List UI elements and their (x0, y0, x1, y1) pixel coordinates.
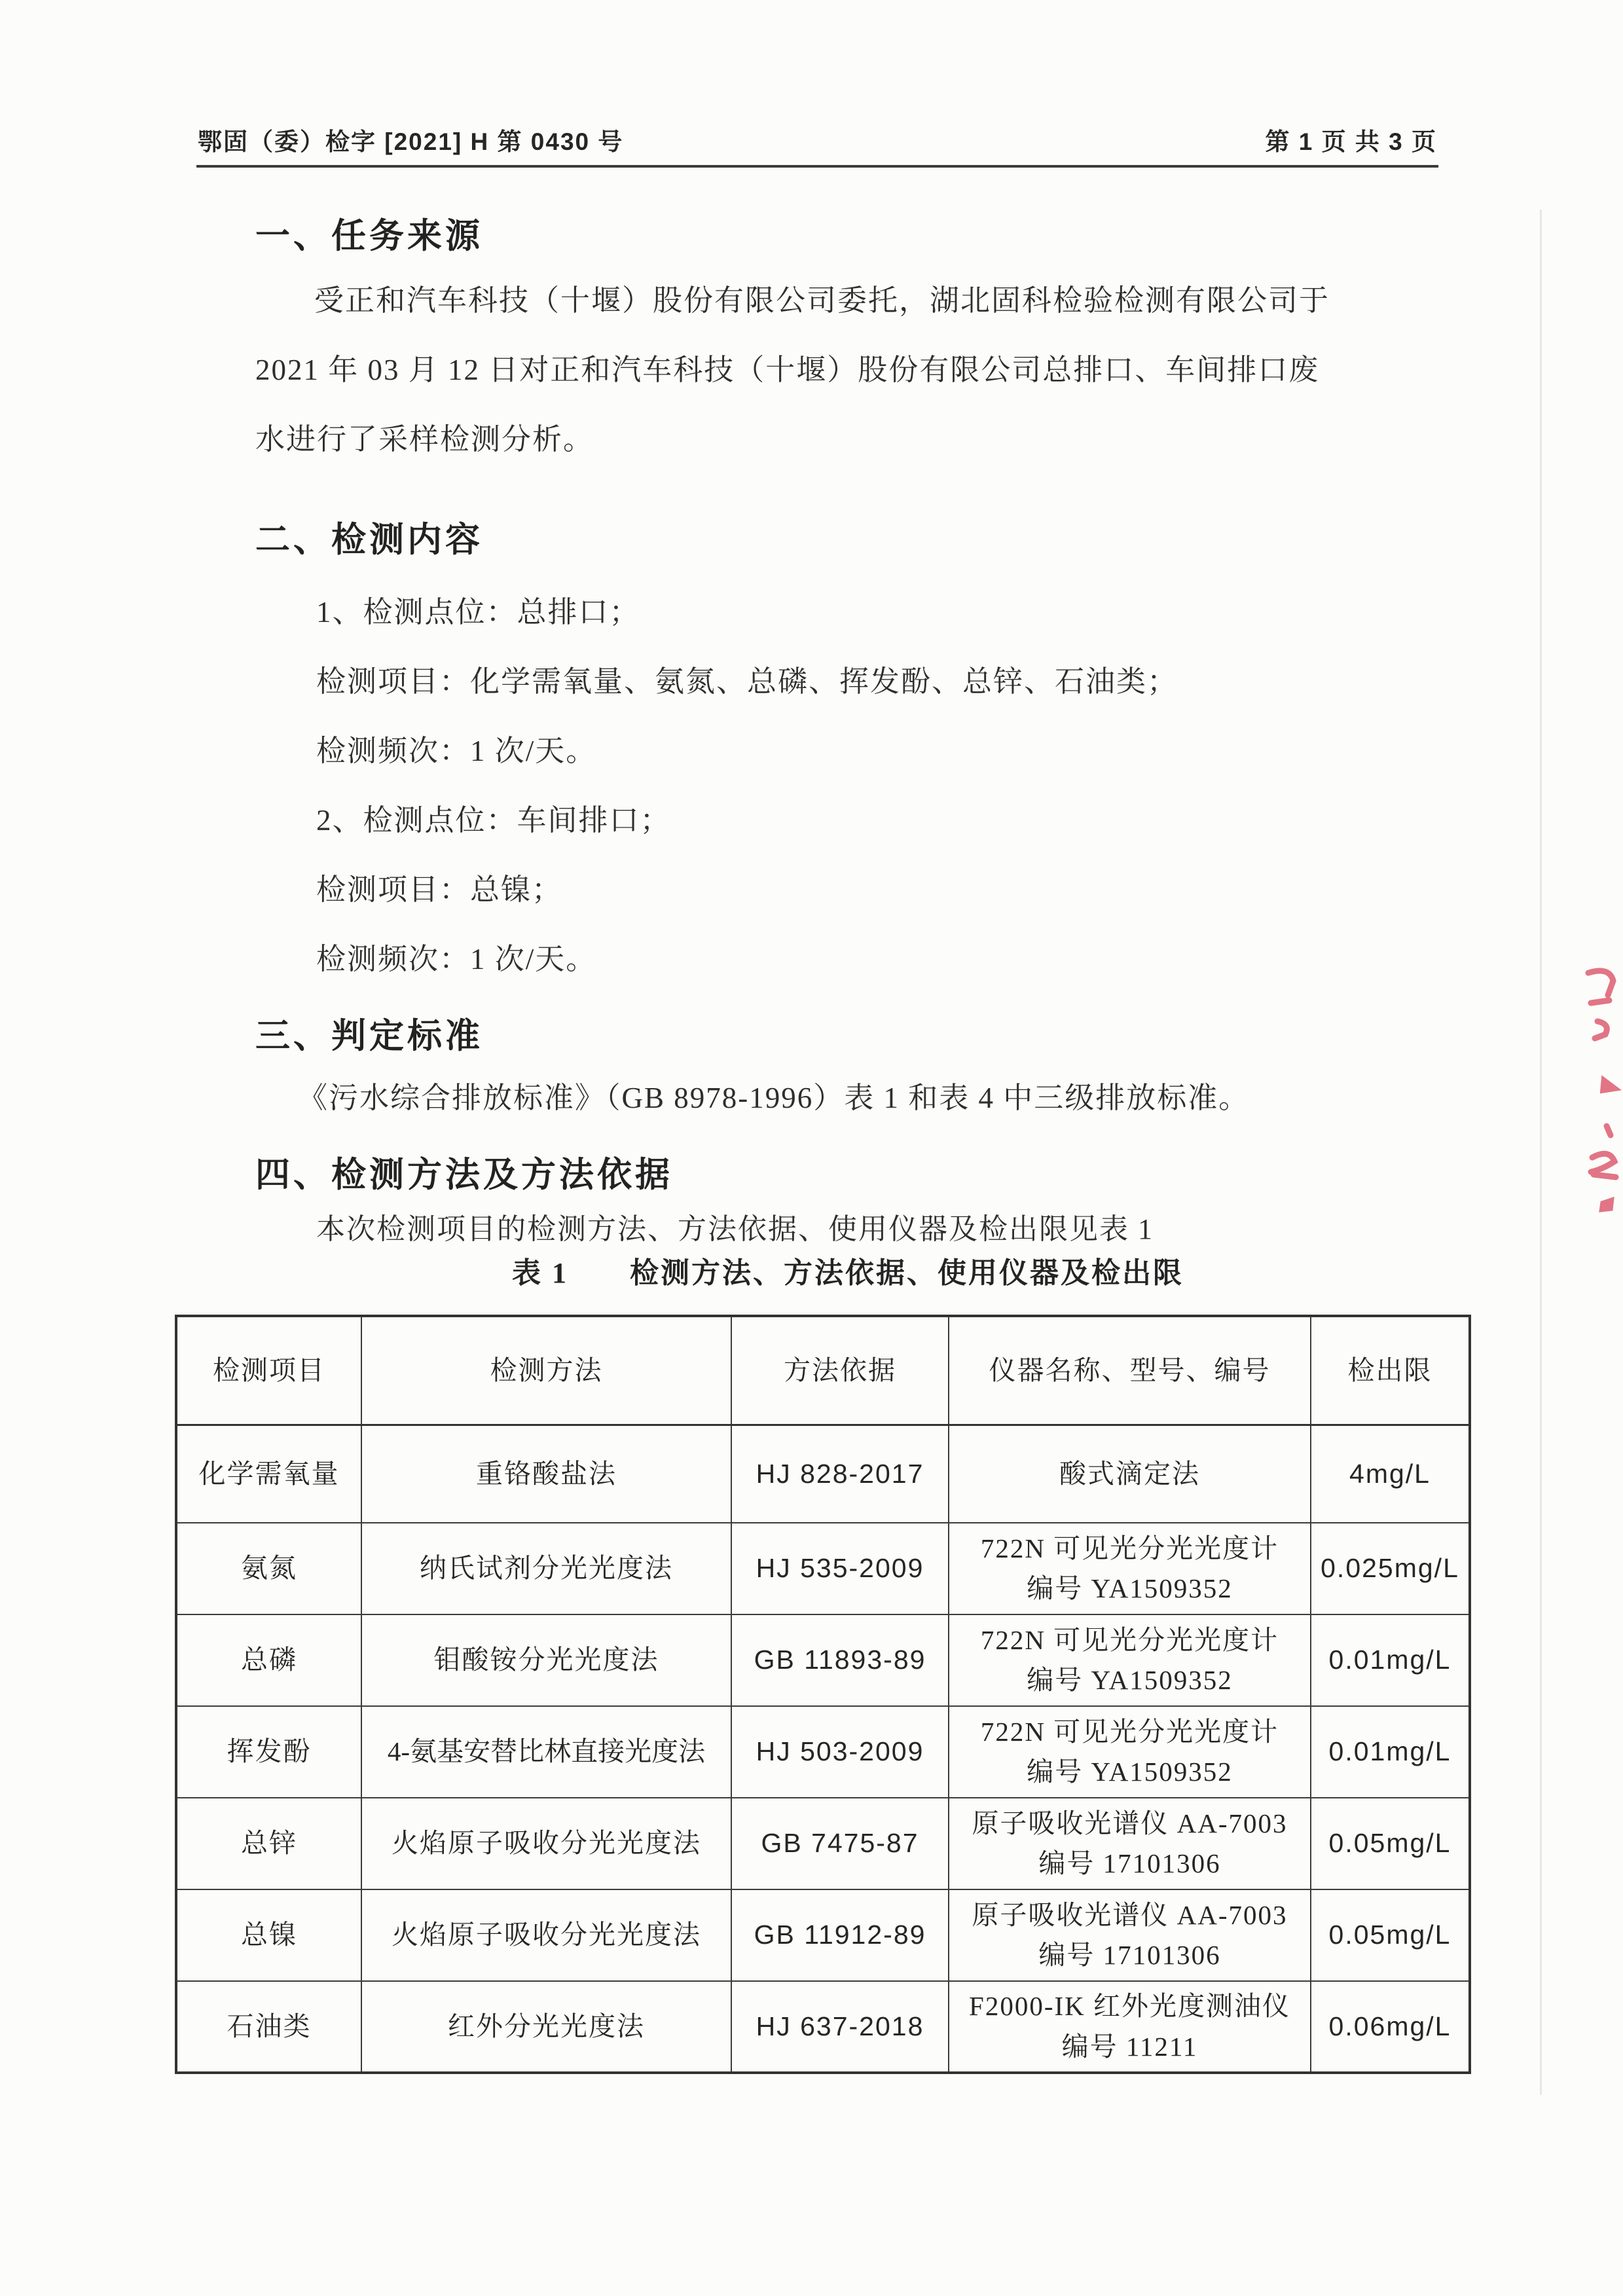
instrument-line-2: 编号 YA1509352 (955, 1660, 1305, 1701)
table-row: 石油类 红外分光光度法 HJ 637-2018 F2000-IK 红外光度测油仪… (176, 1981, 1470, 2073)
instrument-line-1: F2000-IK 红外光度测油仪 (955, 1986, 1305, 2027)
instrument-line-2: 编号 YA1509352 (955, 1569, 1305, 1609)
monitoring-point-1: 1、检测点位：总排口； (316, 594, 640, 630)
monitoring-frequency-2: 检测频次：1 次/天。 (316, 941, 596, 977)
section-4-heading: 四、检测方法及方法依据 (255, 1147, 673, 1197)
cell-basis: GB 11893-89 (731, 1614, 949, 1706)
report-number: 鄂固（委）检字 [2021] H 第 0430 号 (198, 122, 623, 157)
cell-item: 石油类 (176, 1981, 361, 2073)
task-source-line-3: 水进行了采样检测分析。 (255, 422, 594, 457)
col-header-item: 检测项目 (176, 1316, 361, 1425)
monitoring-frequency-1: 检测频次：1 次/天。 (316, 733, 596, 769)
instrument-line-2: 编号 11211 (955, 2027, 1305, 2068)
cell-limit: 4mg/L (1311, 1425, 1470, 1523)
cell-item: 总磷 (176, 1614, 361, 1706)
cell-instrument: 722N 可见光分光光度计 编号 YA1509352 (949, 1523, 1311, 1614)
instrument-line-1: 原子吸收光谱仪 AA-7003 (955, 1895, 1305, 1936)
monitoring-items-2: 检测项目：总镍； (316, 872, 562, 907)
task-source-line-1: 受正和汽车科技（十堰）股份有限公司委托，湖北固科检验检测有限公司于 (314, 283, 1330, 318)
instrument-line-1: 722N 可见光分光光度计 (955, 1620, 1305, 1661)
judgment-standard-text: 《污水综合排放标准》（GB 8978-1996）表 1 和表 4 中三级排放标准… (298, 1080, 1249, 1116)
method-intro-text: 本次检测项目的检测方法、方法依据、使用仪器及检出限见表 1 (316, 1212, 1154, 1247)
cell-method: 钼酸铵分光光度法 (361, 1614, 731, 1706)
cell-limit: 0.01mg/L (1311, 1706, 1470, 1798)
cell-limit: 0.05mg/L (1311, 1889, 1470, 1981)
cell-limit: 0.01mg/L (1311, 1614, 1470, 1706)
cell-basis: GB 7475-87 (731, 1798, 949, 1889)
monitoring-items-1: 检测项目：化学需氧量、氨氮、总磷、挥发酚、总锌、石油类； (316, 664, 1178, 699)
table-row: 挥发酚 4-氨基安替比林直接光度法 HJ 503-2009 722N 可见光分光… (176, 1706, 1470, 1798)
cell-method: 纳氏试剂分光光度法 (361, 1523, 731, 1614)
page-header: 鄂固（委）检字 [2021] H 第 0430 号 第 1 页 共 3 页 (198, 122, 1437, 157)
monitoring-point-2: 2、检测点位：车间排口； (316, 803, 671, 838)
scan-artifact-line (1540, 210, 1542, 2095)
table-header-row: 检测项目 检测方法 方法依据 仪器名称、型号、编号 检出限 (176, 1316, 1470, 1425)
col-header-method: 检测方法 (361, 1316, 731, 1425)
cell-method: 4-氨基安替比林直接光度法 (361, 1706, 731, 1798)
cell-method: 重铬酸盐法 (361, 1425, 731, 1523)
section-3-heading: 三、判定标准 (255, 1008, 483, 1058)
table-1-title: 表 1 检测方法、方法依据、使用仪器及检出限 (255, 1249, 1440, 1291)
instrument-line-1: 酸式滴定法 (955, 1454, 1305, 1495)
cell-instrument: 722N 可见光分光光度计 编号 YA1509352 (949, 1614, 1311, 1706)
section-1-heading: 一、任务来源 (255, 208, 483, 258)
cell-item: 化学需氧量 (176, 1425, 361, 1523)
instrument-line-1: 722N 可见光分光光度计 (955, 1712, 1305, 1753)
instrument-line-2: 编号 17101306 (955, 1935, 1305, 1976)
methods-table: 检测项目 检测方法 方法依据 仪器名称、型号、编号 检出限 化学需氧量 重铬酸盐… (175, 1315, 1471, 2074)
cell-limit: 0.05mg/L (1311, 1798, 1470, 1889)
table-row: 总磷 钼酸铵分光光度法 GB 11893-89 722N 可见光分光光度计 编号… (176, 1614, 1470, 1706)
col-header-instrument: 仪器名称、型号、编号 (949, 1316, 1311, 1425)
cell-method: 火焰原子吸收分光光度法 (361, 1798, 731, 1889)
cell-instrument: 原子吸收光谱仪 AA-7003 编号 17101306 (949, 1798, 1311, 1889)
instrument-line-2: 编号 17101306 (955, 1844, 1305, 1884)
table-row: 氨氮 纳氏试剂分光光度法 HJ 535-2009 722N 可见光分光光度计 编… (176, 1523, 1470, 1614)
col-header-limit: 检出限 (1311, 1316, 1470, 1425)
section-2-heading: 二、检测内容 (255, 512, 483, 562)
instrument-line-1: 722N 可见光分光光度计 (955, 1529, 1305, 1569)
instrument-line-2: 编号 YA1509352 (955, 1752, 1305, 1793)
table-row: 总镍 火焰原子吸收分光光度法 GB 11912-89 原子吸收光谱仪 AA-70… (176, 1889, 1470, 1981)
table-row: 总锌 火焰原子吸收分光光度法 GB 7475-87 原子吸收光谱仪 AA-700… (176, 1798, 1470, 1889)
cell-item: 总镍 (176, 1889, 361, 1981)
cell-instrument: F2000-IK 红外光度测油仪 编号 11211 (949, 1981, 1311, 2073)
cell-instrument: 722N 可见光分光光度计 编号 YA1509352 (949, 1706, 1311, 1798)
cell-item: 挥发酚 (176, 1706, 361, 1798)
task-source-line-2: 2021 年 03 月 12 日对正和汽车科技（十堰）股份有限公司总排口、车间排… (255, 352, 1319, 388)
header-rule (196, 165, 1438, 168)
cell-instrument: 酸式滴定法 (949, 1425, 1311, 1523)
cell-basis: HJ 828-2017 (731, 1425, 949, 1523)
cell-basis: GB 11912-89 (731, 1889, 949, 1981)
cell-basis: HJ 637-2018 (731, 1981, 949, 2073)
cell-item: 总锌 (176, 1798, 361, 1889)
cell-limit: 0.06mg/L (1311, 1981, 1470, 2073)
table-row: 化学需氧量 重铬酸盐法 HJ 828-2017 酸式滴定法 4mg/L (176, 1425, 1470, 1523)
cell-item: 氨氮 (176, 1523, 361, 1614)
cell-instrument: 原子吸收光谱仪 AA-7003 编号 17101306 (949, 1889, 1311, 1981)
red-seal-fragment (1563, 961, 1622, 1223)
col-header-basis: 方法依据 (731, 1316, 949, 1425)
cell-basis: HJ 503-2009 (731, 1706, 949, 1798)
cell-method: 红外分光光度法 (361, 1981, 731, 2073)
page-indicator: 第 1 页 共 3 页 (1265, 122, 1437, 157)
cell-method: 火焰原子吸收分光光度法 (361, 1889, 731, 1981)
report-page: 鄂固（委）检字 [2021] H 第 0430 号 第 1 页 共 3 页 一、… (0, 0, 1623, 2296)
instrument-line-1: 原子吸收光谱仪 AA-7003 (955, 1804, 1305, 1844)
cell-basis: HJ 535-2009 (731, 1523, 949, 1614)
cell-limit: 0.025mg/L (1311, 1523, 1470, 1614)
